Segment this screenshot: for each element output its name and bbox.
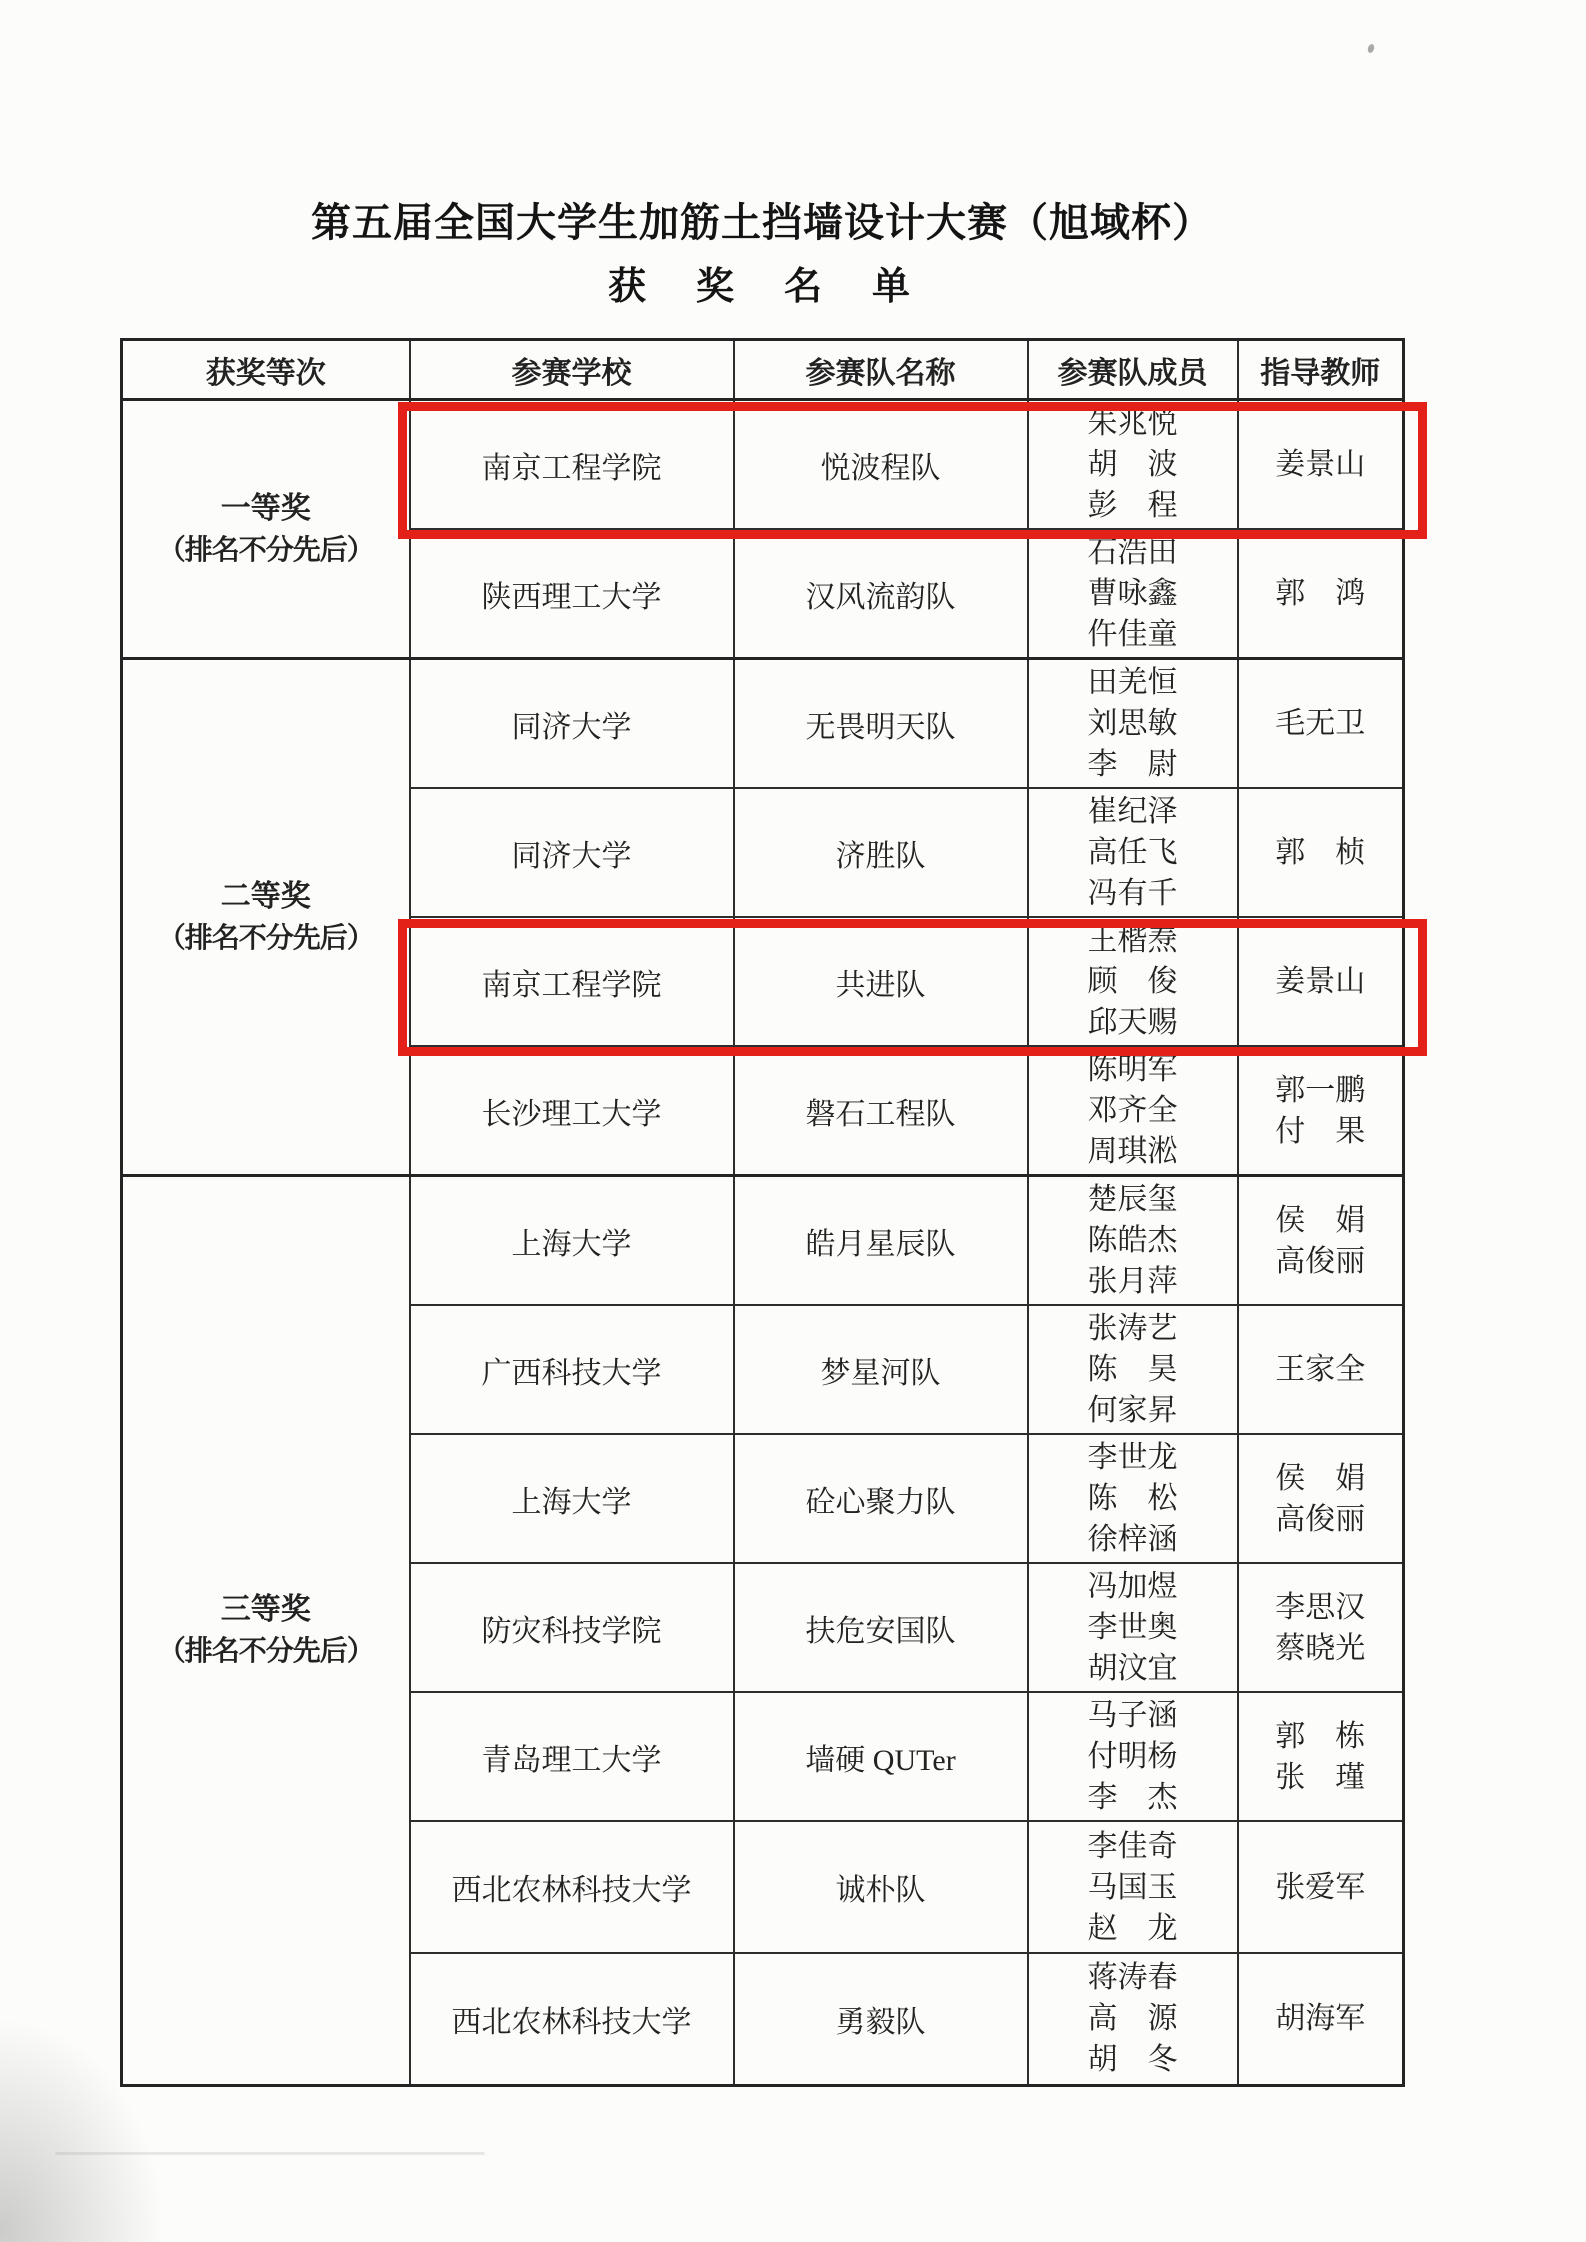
school-cell: 同济大学 <box>410 659 734 789</box>
school-cell: 西北农林科技大学 <box>410 1821 734 1953</box>
award-level-note: （排名不分先后） <box>127 530 405 570</box>
scan-artifact <box>55 2152 485 2155</box>
school-cell: 西北农林科技大学 <box>410 1953 734 2085</box>
team-cell: 砼心聚力队 <box>734 1434 1028 1563</box>
teacher-cell: 姜景山 <box>1238 400 1404 530</box>
award-level-cell: 二等奖（排名不分先后） <box>122 659 410 1176</box>
members-cell: 田羌恒 刘思敏 李 尉 <box>1028 659 1238 789</box>
header-team-members: 参赛队成员 <box>1028 340 1238 400</box>
header-team-name: 参赛队名称 <box>734 340 1028 400</box>
members-cell: 楚辰玺 陈皓杰 张月萍 <box>1028 1176 1238 1306</box>
teacher-cell: 郭 鸿 <box>1238 529 1404 659</box>
members-cell: 陈明军 邓齐全 周琪淞 <box>1028 1046 1238 1176</box>
award-table: 获奖等次 参赛学校 参赛队名称 参赛队成员 指导教师 一等奖（排名不分先后）南京… <box>120 338 1405 2087</box>
school-cell: 南京工程学院 <box>410 917 734 1046</box>
members-cell: 崔纪泽 高任飞 冯有千 <box>1028 788 1238 917</box>
members-cell: 王楷焘 顾 俊 邱天赐 <box>1028 917 1238 1046</box>
table-row: 一等奖（排名不分先后）南京工程学院悦波程队朱兆悦 胡 波 彭 程姜景山 <box>122 400 1404 530</box>
document-title: 第五届全国大学生加筋土挡墙设计大赛（旭域杯） <box>120 196 1404 250</box>
teacher-cell: 姜景山 <box>1238 917 1404 1046</box>
team-cell: 扶危安国队 <box>734 1563 1028 1692</box>
school-cell: 防灾科技学院 <box>410 1563 734 1692</box>
school-cell: 青岛理工大学 <box>410 1692 734 1821</box>
teacher-cell: 郭 栋 张 瑾 <box>1238 1692 1404 1821</box>
teacher-cell: 王家全 <box>1238 1305 1404 1434</box>
team-cell: 诚朴队 <box>734 1821 1028 1953</box>
team-cell: 无畏明天队 <box>734 659 1028 789</box>
members-cell: 蒋涛春 高 源 胡 冬 <box>1028 1953 1238 2085</box>
teacher-cell: 郭一鹏 付 果 <box>1238 1046 1404 1176</box>
teacher-cell: 胡海军 <box>1238 1953 1404 2085</box>
team-cell: 济胜队 <box>734 788 1028 917</box>
school-cell: 上海大学 <box>410 1434 734 1563</box>
school-cell: 长沙理工大学 <box>410 1046 734 1176</box>
members-cell: 李佳奇 马国玉 赵 龙 <box>1028 1821 1238 1953</box>
teacher-cell: 侯 娟 高俊丽 <box>1238 1434 1404 1563</box>
members-cell: 张涛艺 陈 昊 何家昇 <box>1028 1305 1238 1434</box>
award-level-cell: 一等奖（排名不分先后） <box>122 400 410 659</box>
teacher-cell: 毛无卫 <box>1238 659 1404 789</box>
table-row: 二等奖（排名不分先后）同济大学无畏明天队田羌恒 刘思敏 李 尉毛无卫 <box>122 659 1404 789</box>
members-cell: 李世龙 陈 松 徐梓涵 <box>1028 1434 1238 1563</box>
teacher-cell: 李思汉 蔡晓光 <box>1238 1563 1404 1692</box>
team-cell: 汉风流韵队 <box>734 529 1028 659</box>
document-subtitle: 获 奖 名 单 <box>120 262 1404 312</box>
members-cell: 石浩田 曹咏鑫 仵佳童 <box>1028 529 1238 659</box>
header-school: 参赛学校 <box>410 340 734 400</box>
award-level-label: 一等奖 <box>127 488 405 530</box>
team-cell: 共进队 <box>734 917 1028 1046</box>
document-content: 第五届全国大学生加筋土挡墙设计大赛（旭域杯） 获 奖 名 单 获奖等次 参赛学校… <box>120 0 1404 2087</box>
award-level-cell: 三等奖（排名不分先后） <box>122 1176 410 2086</box>
teacher-cell: 张爱军 <box>1238 1821 1404 1953</box>
team-cell: 皓月星辰队 <box>734 1176 1028 1306</box>
team-cell: 梦星河队 <box>734 1305 1028 1434</box>
header-advisor: 指导教师 <box>1238 340 1404 400</box>
school-cell: 广西科技大学 <box>410 1305 734 1434</box>
teacher-cell: 郭 桢 <box>1238 788 1404 917</box>
teacher-cell: 侯 娟 高俊丽 <box>1238 1176 1404 1306</box>
school-cell: 同济大学 <box>410 788 734 917</box>
header-award-level: 获奖等次 <box>122 340 410 400</box>
school-cell: 上海大学 <box>410 1176 734 1306</box>
award-level-note: （排名不分先后） <box>127 918 405 958</box>
team-cell: 悦波程队 <box>734 400 1028 530</box>
members-cell: 马子涵 付明杨 李 杰 <box>1028 1692 1238 1821</box>
members-cell: 冯加煜 李世奥 胡汶宜 <box>1028 1563 1238 1692</box>
team-cell: 磐石工程队 <box>734 1046 1028 1176</box>
members-cell: 朱兆悦 胡 波 彭 程 <box>1028 400 1238 530</box>
school-cell: 南京工程学院 <box>410 400 734 530</box>
table-header-row: 获奖等次 参赛学校 参赛队名称 参赛队成员 指导教师 <box>122 340 1404 400</box>
team-cell: 勇毅队 <box>734 1953 1028 2085</box>
school-cell: 陕西理工大学 <box>410 529 734 659</box>
award-level-label: 三等奖 <box>127 1589 405 1631</box>
award-level-note: （排名不分先后） <box>127 1631 405 1671</box>
scanned-award-document: 第五届全国大学生加筋土挡墙设计大赛（旭域杯） 获 奖 名 单 获奖等次 参赛学校… <box>0 0 1586 2242</box>
table-row: 三等奖（排名不分先后）上海大学皓月星辰队楚辰玺 陈皓杰 张月萍侯 娟 高俊丽 <box>122 1176 1404 1306</box>
award-level-label: 二等奖 <box>127 876 405 918</box>
team-cell: 墙硬 QUTer <box>734 1692 1028 1821</box>
